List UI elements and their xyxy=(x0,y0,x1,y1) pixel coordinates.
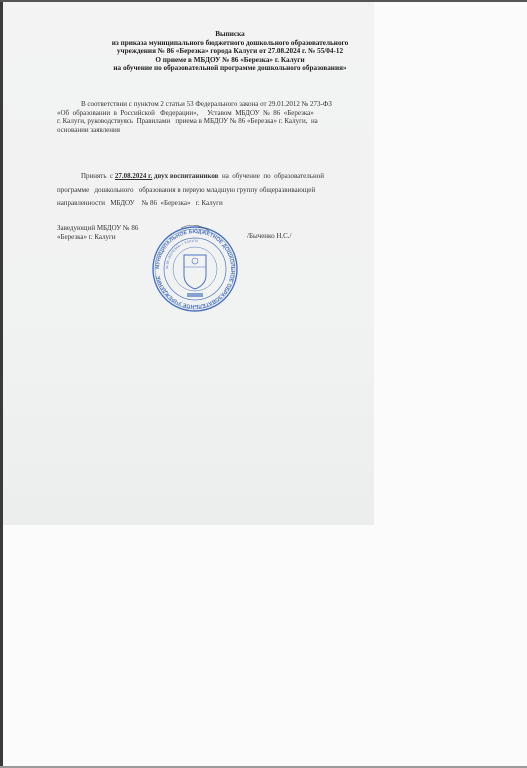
order-paragraph: Принять с 27.08.2024 г. двух воспитанник… xyxy=(57,170,348,211)
document-title: Выписка xyxy=(60,30,400,39)
scan-edge xyxy=(0,0,3,768)
header-line: из приказа муниципального бюджетного дош… xyxy=(60,39,400,48)
signatory-name: /Быченко Н.С./ xyxy=(247,232,292,240)
scan-edge xyxy=(0,0,527,2)
paragraph-line: основании заявления xyxy=(57,126,348,135)
order-text: на обучение по образовательной xyxy=(218,172,324,180)
document-header: Выписка из приказа муниципального бюджет… xyxy=(60,30,400,73)
header-line: О приеме в МБДОУ № 86 «Березка» г. Калуг… xyxy=(60,56,400,65)
order-line: программе дошкольного образования в перв… xyxy=(57,184,348,198)
signatory-position: Заведующий МБДОУ № 86 xyxy=(57,224,138,233)
paragraph-line: г. Калуги, руководствуясь Правилами прие… xyxy=(57,117,348,126)
header-line: учреждения № 86 «Березка» города Калуги … xyxy=(60,47,400,56)
header-line: на обучение по образовательной программе… xyxy=(60,64,400,73)
signature-block: Заведующий МБДОУ № 86 «Березка» г. Калуг… xyxy=(57,224,138,241)
order-date: 27.08.2024 г. xyxy=(115,172,152,180)
basis-paragraph: В соответствии с пунктом 2 статьи 53 Фед… xyxy=(57,100,348,134)
paragraph-line: «Об образовании в Российской Федерации»,… xyxy=(57,109,348,118)
official-stamp-icon: МУНИЦИПАЛЬНОЕ БЮДЖЕТНОЕ ДОШКОЛЬНОЕ ОБРАЗ… xyxy=(151,225,239,313)
order-line: направленности МБДОУ № 86 «Березка» г. К… xyxy=(57,197,348,211)
order-verb: Принять с xyxy=(81,172,115,180)
order-count: двух воспитанников xyxy=(152,172,218,180)
paragraph-line: В соответствии с пунктом 2 статьи 53 Фед… xyxy=(81,100,332,108)
signatory-organization: «Березка» г. Калуги xyxy=(57,233,138,242)
